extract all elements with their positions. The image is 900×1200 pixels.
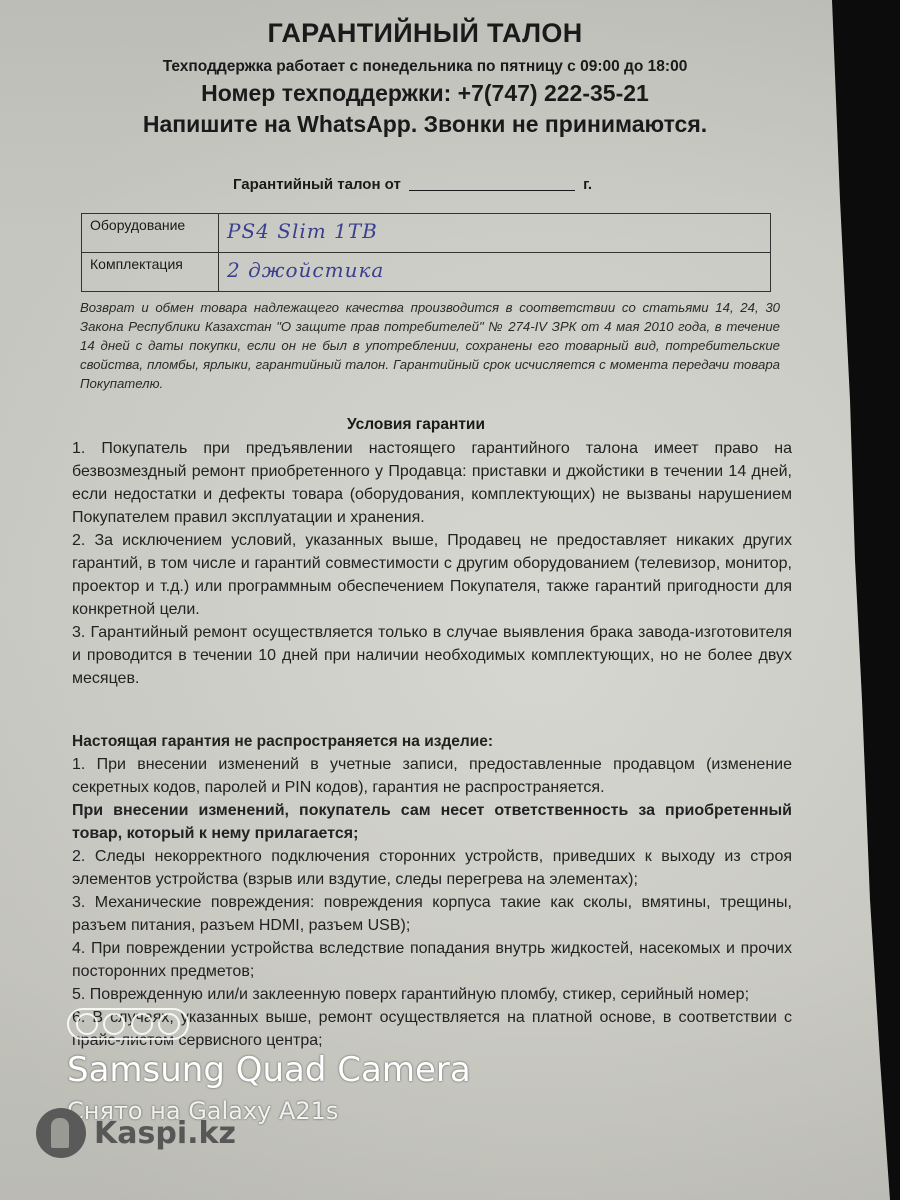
kaspi-brand-text: Kaspi.kz xyxy=(94,1116,236,1151)
condition-item: 1. Покупатель при предъявлении настоящег… xyxy=(72,437,792,529)
support-hours: Техподдержка работает с понедельника по … xyxy=(0,58,850,76)
condition-item: 3. Гарантийный ремонт осуществляется тол… xyxy=(72,621,792,690)
condition-item: 2. За исключением условий, указанных выш… xyxy=(72,529,792,621)
table-row: Комплектация 2 джойстика xyxy=(82,253,771,292)
quad-camera-icon xyxy=(67,1008,189,1040)
camera-lens-icon xyxy=(103,1013,125,1035)
camera-watermark: Samsung Quad Camera xyxy=(67,1050,471,1090)
warranty-date-field xyxy=(409,190,575,191)
kit-value: 2 джойстика xyxy=(227,258,384,282)
conditions-list: 1. Покупатель при предъявлении настоящег… xyxy=(72,437,792,690)
table-row: Оборудование PS4 Slim 1TB xyxy=(82,214,771,253)
exclusion-item: 3. Механические повреждения: повреждения… xyxy=(72,891,792,937)
warranty-date-suffix: г. xyxy=(583,176,592,193)
document-title: ГАРАНТИЙНЫЙ ТАЛОН xyxy=(0,18,850,49)
exclusion-item: 4. При повреждении устройства вследствие… xyxy=(72,937,792,983)
kit-label: Комплектация xyxy=(82,253,219,292)
exclusion-item-bold: При внесении изменений, покупатель сам н… xyxy=(72,799,792,845)
conditions-heading: Условия гарантии xyxy=(0,416,832,434)
return-policy-text: Возврат и обмен товара надлежащего качес… xyxy=(80,298,780,393)
exclusions-heading: Настоящая гарантия не распространяется н… xyxy=(72,730,792,753)
kit-value-cell: 2 джойстика xyxy=(219,253,771,292)
equipment-table: Оборудование PS4 Slim 1TB Комплектация 2… xyxy=(81,213,771,292)
camera-lens-icon xyxy=(76,1013,98,1035)
whatsapp-note: Напишите на WhatsApp. Звонки не принимаю… xyxy=(0,111,850,138)
camera-lens-icon xyxy=(131,1013,153,1035)
camera-lens-icon xyxy=(158,1013,180,1035)
equipment-label: Оборудование xyxy=(82,214,219,253)
exclusions-section: Настоящая гарантия не распространяется н… xyxy=(72,730,792,1052)
exclusion-item: 5. Поврежденную или/и заклеенную поверх … xyxy=(72,983,792,1006)
equipment-value-cell: PS4 Slim 1TB xyxy=(219,214,771,253)
equipment-value: PS4 Slim 1TB xyxy=(227,219,378,243)
exclusion-item: 1. При внесении изменений в учетные запи… xyxy=(72,753,792,799)
kaspi-watermark: Kaspi.kz xyxy=(36,1108,236,1158)
warranty-date-label: Гарантийный талон от xyxy=(233,176,401,193)
warranty-date-line: Гарантийный талон от г. xyxy=(233,176,592,193)
exclusion-item: 2. Следы некорректного подключения сторо… xyxy=(72,845,792,891)
kaspi-logo-icon xyxy=(36,1108,86,1158)
support-phone: Номер техподдержки: +7(747) 222-35-21 xyxy=(0,80,850,107)
